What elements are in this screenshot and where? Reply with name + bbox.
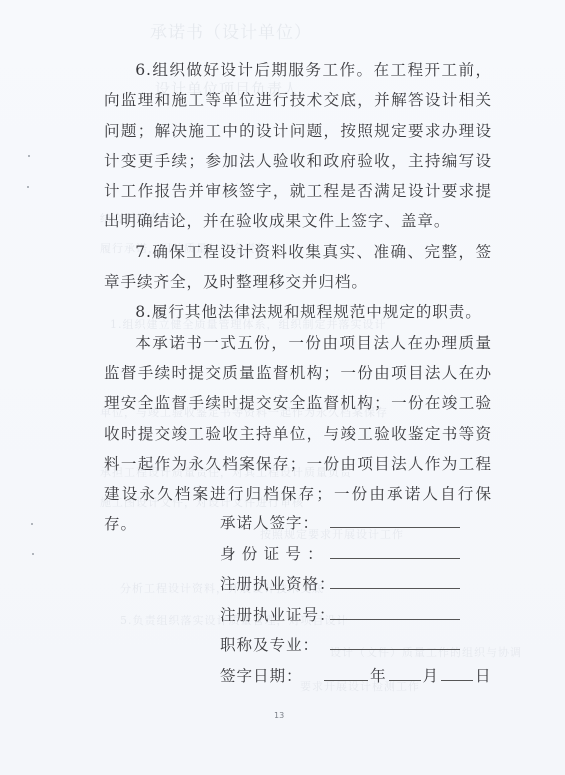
- field-label: 职称及专业：: [220, 630, 328, 661]
- year-unit: 年: [368, 661, 389, 692]
- paragraph-item-7: 7.确保工程设计资料收集真实、准确、完整，签章手续齐全，及时整理移交并归档。: [104, 237, 492, 298]
- day-unit: 日: [473, 661, 494, 692]
- field-label: 注册执业证号：: [220, 600, 328, 631]
- id-number-line[interactable]: [330, 540, 460, 559]
- signature-field-license-number: 注册执业证号：: [220, 600, 494, 631]
- signature-block: 承诺人签字： 身份证号： 注册执业资格： 注册执业证号： 职称及专业： 签字日期…: [220, 508, 494, 691]
- date-label: 签字日期：: [220, 661, 320, 692]
- signature-date-row: 签字日期： 年 月 日: [220, 661, 494, 692]
- scan-speck: [32, 553, 34, 555]
- page-number: 13: [274, 711, 284, 720]
- qualification-line[interactable]: [330, 570, 460, 589]
- scan-speck: [27, 186, 29, 188]
- year-blank[interactable]: [324, 662, 368, 681]
- signature-field-signer: 承诺人签字：: [220, 508, 494, 539]
- title-specialty-line[interactable]: [330, 631, 460, 650]
- scan-speck: [28, 155, 30, 157]
- signature-field-qualification: 注册执业资格：: [220, 569, 494, 600]
- signer-signature-line[interactable]: [330, 509, 460, 528]
- document-body: 6.组织做好设计后期服务工作。在工程开工前，向监理和施工等单位进行技术交底，并解…: [104, 55, 492, 540]
- signature-field-id-number: 身份证号：: [220, 539, 494, 570]
- month-unit: 月: [421, 661, 442, 692]
- paragraph-item-6: 6.组织做好设计后期服务工作。在工程开工前，向监理和施工等单位进行技术交底，并解…: [104, 55, 492, 237]
- license-number-line[interactable]: [330, 601, 460, 620]
- bleed-through-text: 承诺书（设计单位）: [150, 18, 312, 43]
- month-blank[interactable]: [389, 662, 421, 681]
- document-page: 承诺书（设计单位） 设计单位项目负责人 结合质量责任 履行承诺，相关质量与安全责…: [0, 0, 565, 775]
- field-label: 注册执业资格：: [220, 569, 328, 600]
- paragraph-item-8: 8.履行其他法律法规和规程规范中规定的职责。: [104, 297, 492, 327]
- signature-field-title-specialty: 职称及专业：: [220, 630, 494, 661]
- field-label: 承诺人签字：: [220, 508, 328, 539]
- field-label: 身份证号：: [220, 539, 328, 570]
- day-blank[interactable]: [441, 662, 473, 681]
- scan-speck: [31, 523, 33, 525]
